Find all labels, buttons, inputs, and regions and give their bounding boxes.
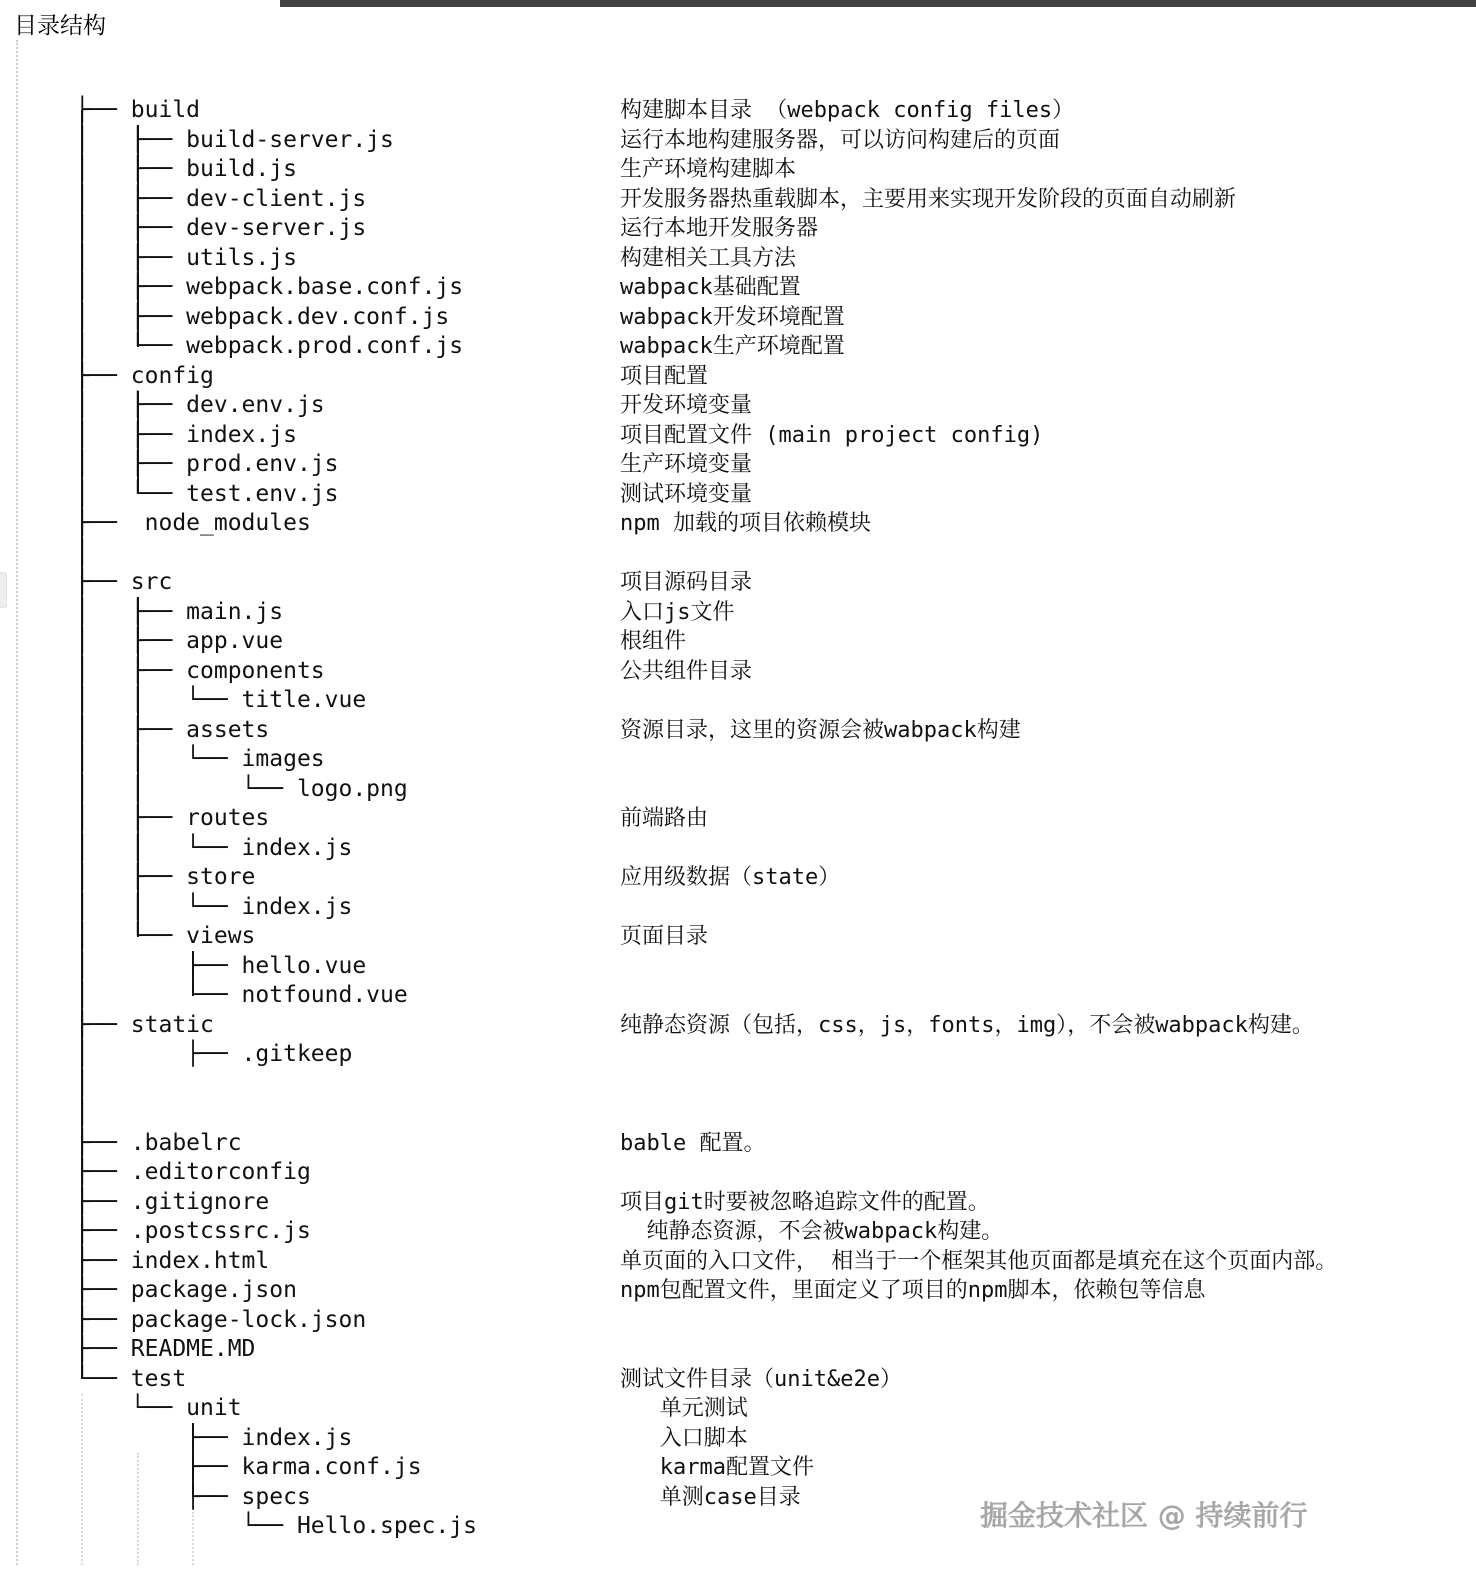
node-description: 入口脚本: [620, 1424, 748, 1454]
tree-row: │ └── test.env.js 测试环境变量: [20, 480, 1460, 510]
tree-row: │ │ └── index.js: [20, 834, 1460, 864]
node-description: npm包配置文件，里面定义了项目的npm脚本，依赖包等信息: [620, 1276, 1205, 1306]
tree-row: │ ├── webpack.dev.conf.js wabpack开发环境配置: [20, 303, 1460, 333]
edge-scroll-indicator: [0, 572, 7, 608]
tree-node: │ ├── main.js: [20, 598, 1460, 628]
tree-row: ├── karma.conf.js karma配置文件: [20, 1453, 1460, 1483]
tree-row: ├── static 纯静态资源（包括，css，js，fonts，img），不会…: [20, 1011, 1460, 1041]
tree-row: │ ├── webpack.base.conf.js wabpack基础配置: [20, 273, 1460, 303]
tree-row: ├── package-lock.json: [20, 1306, 1460, 1336]
node-description: 应用级数据（state）: [620, 863, 840, 893]
node-description: npm 加载的项目依赖模块: [620, 509, 871, 539]
tree-row: │ ├── .gitkeep: [20, 1040, 1460, 1070]
tree-node: │ ├── app.vue: [20, 627, 1460, 657]
tree-node: │: [20, 1099, 1460, 1129]
tree-row: ├── .gitignore 项目git时要被忽略追踪文件的配置。: [20, 1188, 1460, 1218]
tree-row: │ ├── dev.env.js 开发环境变量: [20, 391, 1460, 421]
tree-row: ├── build 构建脚本目录 （webpack config files）: [20, 96, 1460, 126]
tree-row: │ ├── components 公共组件目录: [20, 657, 1460, 687]
tree-row: │ ├── index.js 项目配置文件 (main project conf…: [20, 421, 1460, 451]
tree-node: ├── config: [20, 362, 1460, 392]
tree-node: │ └── notfound.vue: [20, 981, 1460, 1011]
node-description: 构建脚本目录 （webpack config files）: [620, 96, 1074, 126]
tree-row: │ │ └── logo.png: [20, 775, 1460, 805]
tree-row: │ └── views 页面目录: [20, 922, 1460, 952]
tree-row: ├── README.MD: [20, 1335, 1460, 1365]
tree-row: ├── index.html 单页面的入口文件， 相当于一个框架其他页面都是填充…: [20, 1247, 1460, 1277]
tree-row: │ ├── main.js 入口js文件: [20, 598, 1460, 628]
tree-row: └── test 测试文件目录（unit&e2e）: [20, 1365, 1460, 1395]
tree-node: │ └── views: [20, 922, 1460, 952]
tree-row: │ ├── hello.vue: [20, 952, 1460, 982]
tree-row: │: [20, 1099, 1460, 1129]
node-description: 运行本地开发服务器: [620, 214, 818, 244]
tree-row: │ ├── app.vue 根组件: [20, 627, 1460, 657]
tree-row: ├── .postcssrc.js 纯静态资源，不会被wabpack构建。: [20, 1217, 1460, 1247]
watermark: 掘金技术社区 @ 持续前行: [980, 1494, 1308, 1534]
node-description: 项目配置: [620, 362, 708, 392]
tree-row: │ │ └── index.js: [20, 893, 1460, 923]
tree-row: │ └── notfound.vue: [20, 981, 1460, 1011]
tree-node: │ │ └── title.vue: [20, 686, 1460, 716]
tree-node: │ │ └── index.js: [20, 893, 1460, 923]
tree-node: ├── .editorconfig: [20, 1158, 1460, 1188]
tree-row: │ ├── utils.js 构建相关工具方法: [20, 244, 1460, 274]
tree-node: │ │ └── logo.png: [20, 775, 1460, 805]
node-description: 单页面的入口文件， 相当于一个框架其他页面都是填充在这个页面内部。: [620, 1247, 1337, 1277]
tree-row: │ │ └── images: [20, 745, 1460, 775]
tree-row: │: [20, 1070, 1460, 1100]
dotted-left-border: [16, 40, 18, 1565]
node-description: bable 配置。: [620, 1129, 765, 1159]
article-page: 目录结构 ├── build 构建脚本目录 （webpack config fi…: [0, 0, 1476, 1596]
node-description: 前端路由: [620, 804, 708, 834]
tree-node: │: [20, 1070, 1460, 1100]
tree-row: │ ├── build-server.js 运行本地构建服务器，可以访问构建后的…: [20, 126, 1460, 156]
node-description: 开发环境变量: [620, 391, 752, 421]
tree-node: ├── README.MD: [20, 1335, 1460, 1365]
node-description: 开发服务器热重载脚本，主要用来实现开发阶段的页面自动刷新: [620, 185, 1236, 215]
node-description: 单测case目录: [620, 1483, 801, 1513]
tree-row: ├── src 项目源码目录: [20, 568, 1460, 598]
node-description: 测试文件目录（unit&e2e）: [620, 1365, 902, 1395]
tree-row: │ └── webpack.prod.conf.js wabpack生产环境配置: [20, 332, 1460, 362]
tree-node: │ ├── routes: [20, 804, 1460, 834]
tree-node: │ │ └── index.js: [20, 834, 1460, 864]
node-description: 公共组件目录: [620, 657, 752, 687]
node-description: 运行本地构建服务器，可以访问构建后的页面: [620, 126, 1060, 156]
tree-row: ├── .babelrc bable 配置。: [20, 1129, 1460, 1159]
tree-row: ├── node_modules npm 加载的项目依赖模块: [20, 509, 1460, 539]
window-edge-bar: [280, 0, 1476, 7]
node-description: 生产环境构建脚本: [620, 155, 796, 185]
node-description: karma配置文件: [620, 1453, 814, 1483]
tree-row: ├── config 项目配置: [20, 362, 1460, 392]
node-description: 页面目录: [620, 922, 708, 952]
tree-row: │ │ └── title.vue: [20, 686, 1460, 716]
tree-row: │ ├── routes 前端路由: [20, 804, 1460, 834]
tree-row: ├── index.js 入口脚本: [20, 1424, 1460, 1454]
node-description: wabpack基础配置: [620, 273, 801, 303]
node-description: 根组件: [620, 627, 686, 657]
tree-row: │ ├── prod.env.js 生产环境变量: [20, 450, 1460, 480]
page-title: 目录结构: [14, 7, 106, 40]
node-description: 测试环境变量: [620, 480, 752, 510]
node-description: 单元测试: [620, 1394, 748, 1424]
tree-node: │ ├── hello.vue: [20, 952, 1460, 982]
directory-tree: ├── build 构建脚本目录 （webpack config files） …: [20, 96, 1460, 1542]
tree-node: │ │ └── images: [20, 745, 1460, 775]
tree-row: ├── .editorconfig: [20, 1158, 1460, 1188]
tree-row: ├── package.json npm包配置文件，里面定义了项目的npm脚本，…: [20, 1276, 1460, 1306]
tree-row: │ ├── build.js 生产环境构建脚本: [20, 155, 1460, 185]
node-description: 项目配置文件 (main project config): [620, 421, 1043, 451]
node-description: 项目git时要被忽略追踪文件的配置。: [620, 1188, 990, 1218]
node-description: 纯静态资源（包括，css，js，fonts，img），不会被wabpack构建。: [620, 1011, 1314, 1041]
tree-row: │ ├── assets 资源目录，这里的资源会被wabpack构建: [20, 716, 1460, 746]
node-description: 项目源码目录: [620, 568, 752, 598]
tree-node: │: [20, 539, 1460, 569]
node-description: 生产环境变量: [620, 450, 752, 480]
tree-row: │ ├── dev-client.js 开发服务器热重载脚本，主要用来实现开发阶…: [20, 185, 1460, 215]
tree-node: │ ├── .gitkeep: [20, 1040, 1460, 1070]
node-description: 入口js文件: [620, 598, 735, 628]
node-description: 资源目录，这里的资源会被wabpack构建: [620, 716, 1021, 746]
node-description: 纯静态资源，不会被wabpack构建。: [620, 1217, 1003, 1247]
tree-row: │: [20, 539, 1460, 569]
tree-row: └── unit 单元测试: [20, 1394, 1460, 1424]
tree-node: ├── package-lock.json: [20, 1306, 1460, 1336]
node-description: wabpack开发环境配置: [620, 303, 845, 333]
tree-row: │ ├── store 应用级数据（state）: [20, 863, 1460, 893]
node-description: 构建相关工具方法: [620, 244, 796, 274]
node-description: wabpack生产环境配置: [620, 332, 845, 362]
tree-row: │ ├── dev-server.js 运行本地开发服务器: [20, 214, 1460, 244]
